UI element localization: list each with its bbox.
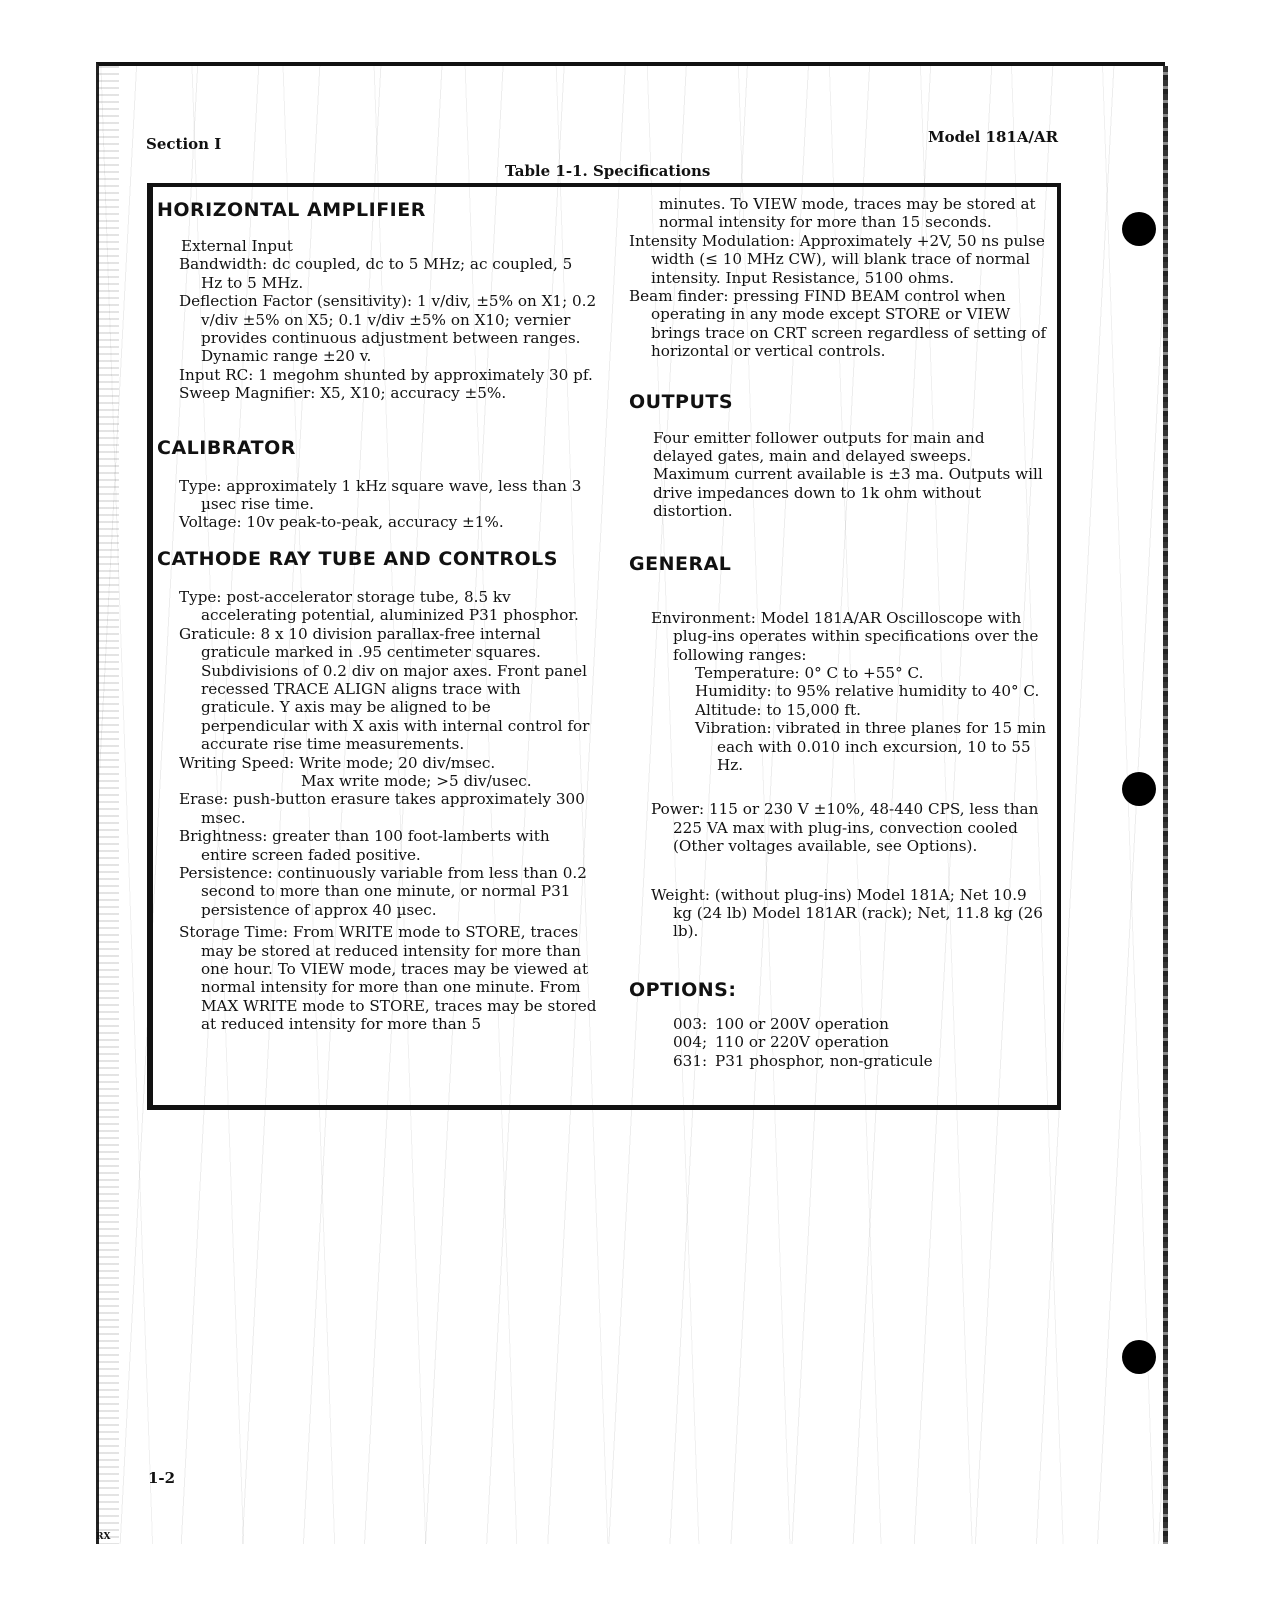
spec-weight: Weight: (without plug-ins) Model 181A; N… <box>629 886 1049 941</box>
spec-environment: Environment: Model 181A/AR Oscilloscope … <box>629 609 1049 664</box>
spec-calibrator-voltage: Voltage: 10v peak-to-peak, accuracy ±1%. <box>157 513 597 531</box>
spec-graticule: Graticule: 8 x 10 division parallax-free… <box>157 625 597 754</box>
spec-persistence: Persistence: continuously variable from … <box>157 864 597 919</box>
spec-crt-type: Type: post-accelerator storage tube, 8.5… <box>157 588 597 625</box>
binder-hole <box>1122 212 1156 246</box>
heading-calibrator: CALIBRATOR <box>157 437 597 459</box>
spec-writing-speed-max: Max write mode; >5 div/usec. <box>157 772 597 790</box>
heading-options: OPTIONS: <box>629 979 1049 1001</box>
spec-erase: Erase: push-button erasure takes approxi… <box>157 790 597 827</box>
spec-sweep-magnifier: Sweep Magnifier: X5, X10; accuracy ±5%. <box>157 384 597 402</box>
section-label: Section I <box>146 135 221 153</box>
option-code: 003: <box>673 1015 707 1033</box>
spec-external-input: External Input <box>157 237 597 255</box>
spec-input-rc: Input RC: 1 megohm shunted by approximat… <box>157 366 597 384</box>
spec-writing-speed: Writing Speed: Write mode; 20 div/msec. <box>157 754 597 772</box>
binder-hole <box>1122 772 1156 806</box>
table-title: Table 1-1. Specifications <box>505 162 710 180</box>
right-column: minutes. To VIEW mode, traces may be sto… <box>629 187 1049 1070</box>
specifications-table: HORIZONTAL AMPLIFIER External Input Band… <box>147 183 1061 1110</box>
page-number: 1-2 <box>148 1469 175 1487</box>
spec-humidity: Humidity: to 95% relative humidity to 40… <box>629 682 1049 700</box>
spec-bandwidth: Bandwidth: dc coupled, dc to 5 MHz; ac c… <box>157 255 597 292</box>
option-item: 631: P31 phosphor, non-graticule <box>629 1052 1049 1070</box>
spec-altitude: Altitude: to 15,000 ft. <box>629 701 1049 719</box>
spec-deflection-factor: Deflection Factor (sensitivity): 1 v/div… <box>157 292 597 366</box>
heading-general: GENERAL <box>629 553 1049 575</box>
option-item: 003: 100 or 200V operation <box>629 1015 1049 1033</box>
option-item: 004; 110 or 220V operation <box>629 1033 1049 1051</box>
heading-horizontal-amplifier: HORIZONTAL AMPLIFIER <box>157 199 597 221</box>
spec-calibrator-type: Type: approximately 1 kHz square wave, l… <box>157 477 597 514</box>
option-code: 631: <box>673 1052 707 1070</box>
spec-temperature: Temperature: 0° C to +55° C. <box>629 664 1049 682</box>
model-label: Model 181A/AR <box>928 128 1058 146</box>
options-list: 003: 100 or 200V operation 004; 110 or 2… <box>629 1015 1049 1070</box>
heading-crt: CATHODE RAY TUBE AND CONTROLS <box>157 548 597 570</box>
option-desc: 100 or 200V operation <box>715 1015 889 1033</box>
spec-power: Power: 115 or 230 V ±10%, 48-440 CPS, le… <box>629 800 1049 855</box>
heading-outputs: OUTPUTS <box>629 391 1049 413</box>
spec-vibration: Vibration: vibrated in three planes for … <box>629 719 1049 774</box>
left-column: HORIZONTAL AMPLIFIER External Input Band… <box>157 187 597 1034</box>
spec-outputs: Four emitter follower outputs for main a… <box>629 429 1049 521</box>
spec-intensity-modulation: Intensity Modulation: Approximately +2V,… <box>629 232 1049 287</box>
option-code: 004; <box>673 1033 707 1051</box>
corner-mark: RX <box>96 1532 110 1542</box>
spec-storage-time: Storage Time: From WRITE mode to STORE, … <box>157 923 597 1033</box>
spec-storage-time-cont: minutes. To VIEW mode, traces may be sto… <box>629 195 1049 232</box>
spec-brightness: Brightness: greater than 100 foot-lamber… <box>157 827 597 864</box>
spec-beam-finder: Beam finder: pressing FIND BEAM control … <box>629 287 1049 361</box>
binder-hole <box>1122 1340 1156 1374</box>
option-desc: P31 phosphor, non-graticule <box>715 1052 933 1070</box>
scan-edge-artifact <box>97 66 119 1544</box>
option-desc: 110 or 220V operation <box>715 1033 889 1051</box>
